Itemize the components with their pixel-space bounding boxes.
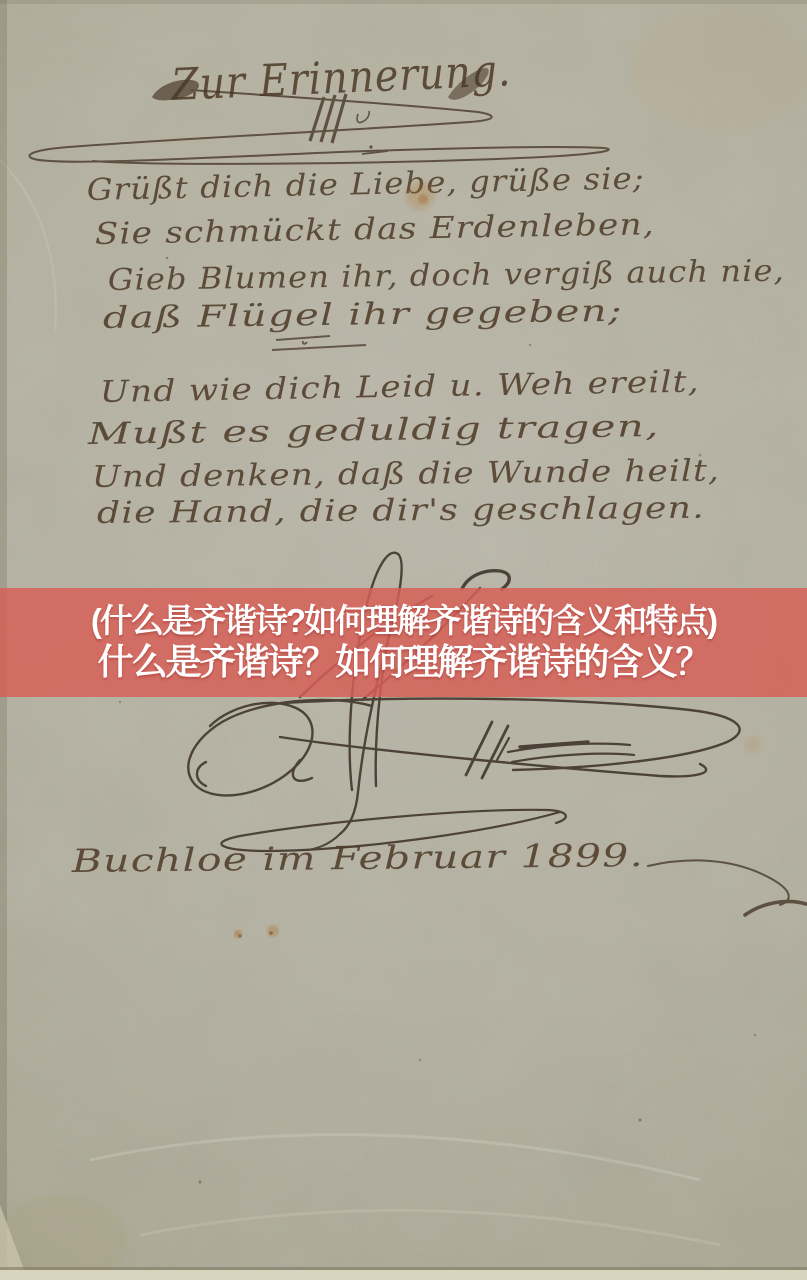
poem-line: daß Flügel ihr gegeben; [103, 294, 623, 336]
dateline: Buchloe im Februar 1899. [70, 836, 644, 880]
caption-banner: (什么是齐谐诗?如何理解齐谐诗的含义和特点) 什么是齐谐诗？如何理解齐谐诗的含义… [0, 588, 807, 697]
caption-line-1: (什么是齐谐诗?如何理解齐谐诗的含义和特点) [91, 603, 716, 639]
poem-line: die Hand, die dir's geschlagen. [97, 491, 705, 531]
caption-line-2: 什么是齐谐诗？如何理解齐谐诗的含义？ [97, 642, 709, 682]
album-page-photo: Zur Erinnerung. Grüßt dich die Liebe, gr… [0, 0, 807, 1280]
poem-line: Und denken, daß die Wunde heilt, [92, 453, 720, 495]
flourish-dot [369, 145, 372, 148]
